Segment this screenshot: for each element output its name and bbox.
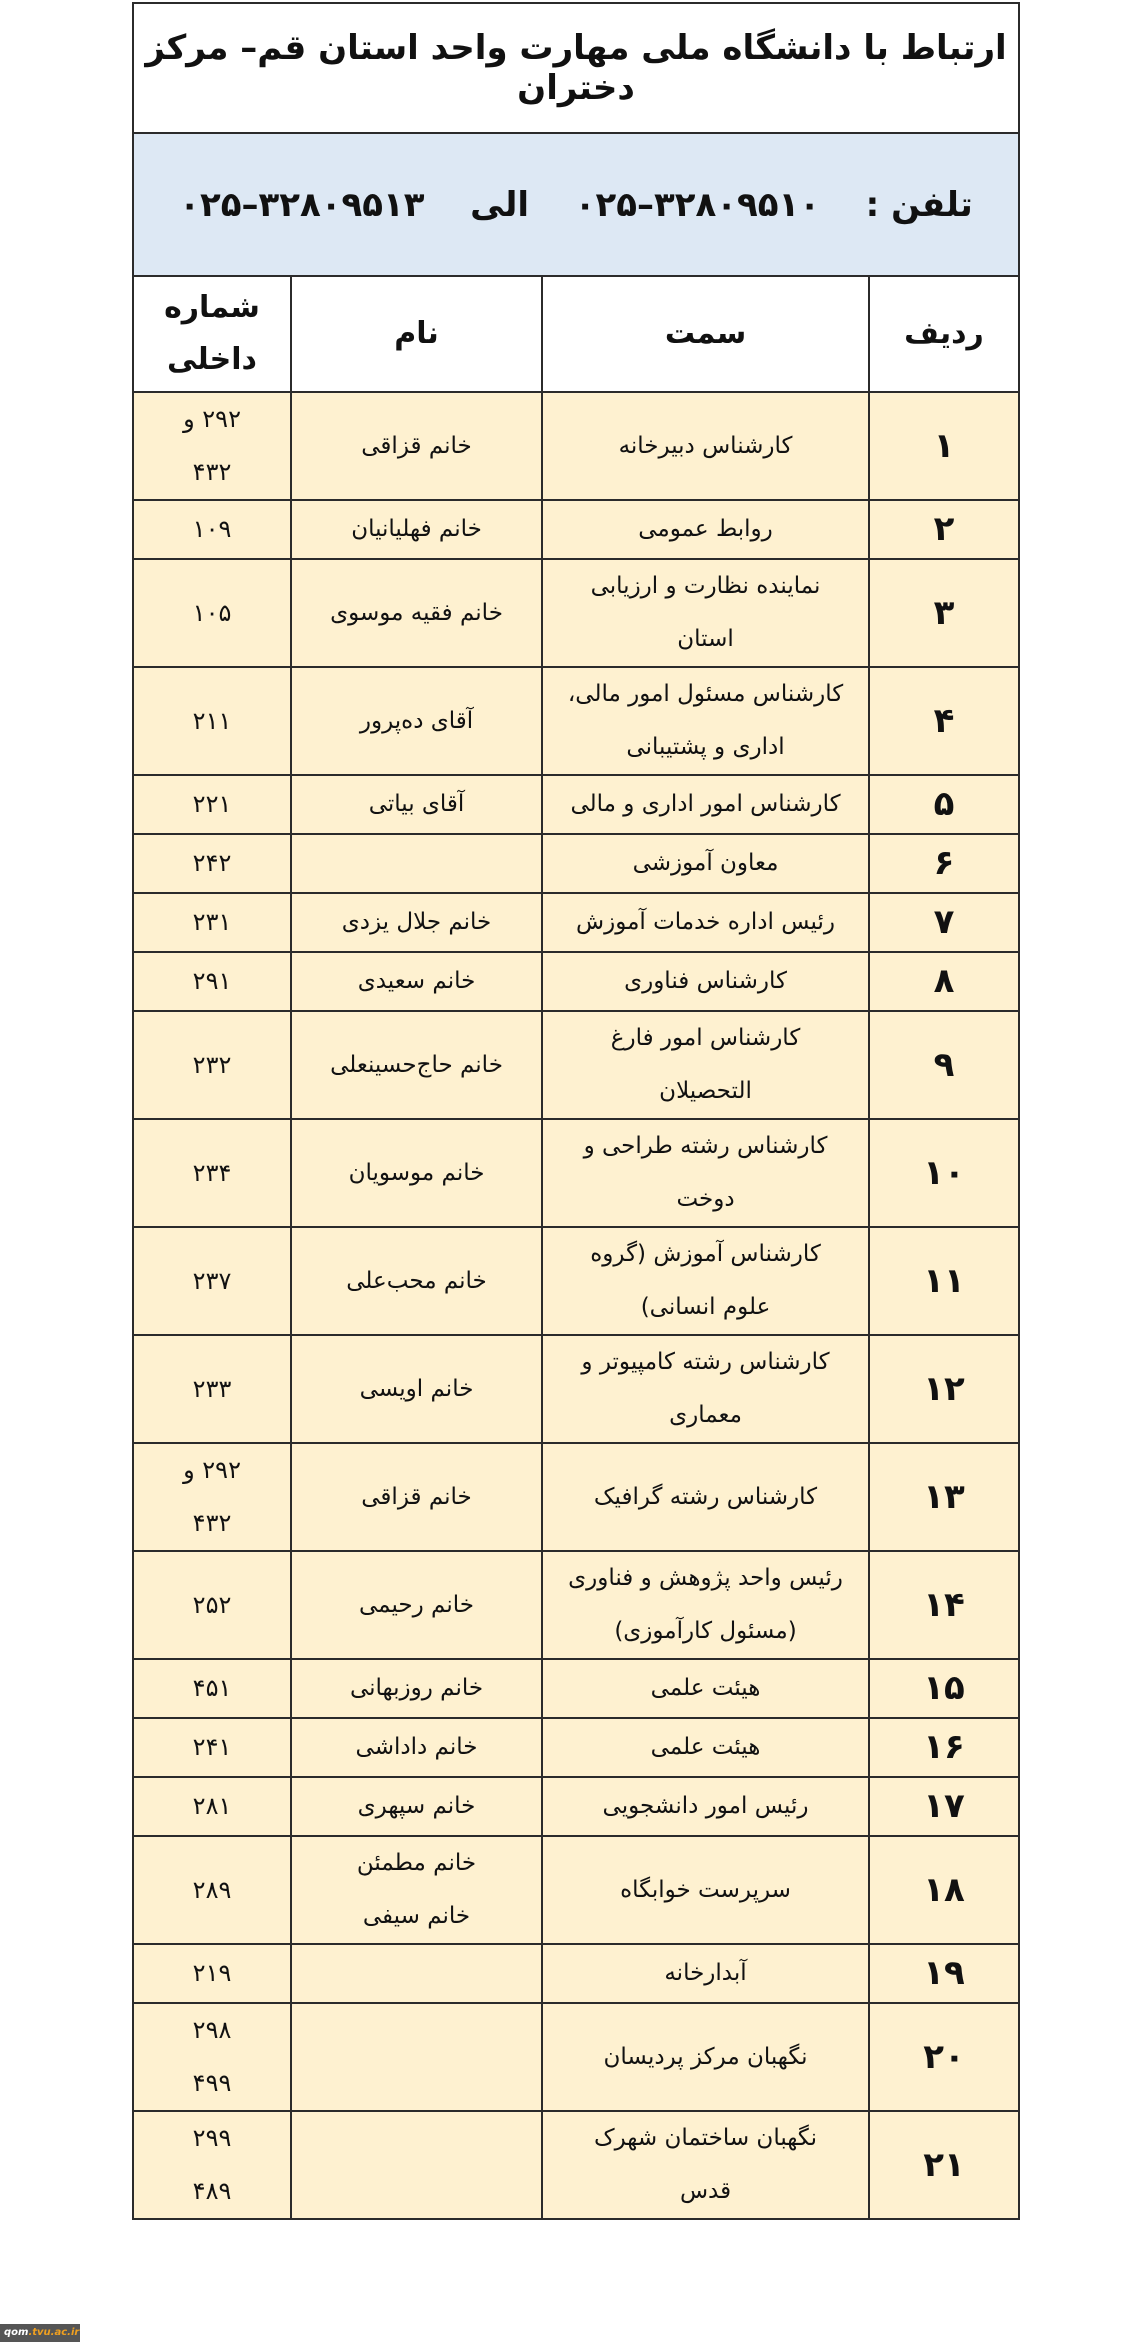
cell-name: خانم محب‌علی [291,1227,542,1335]
position-text: معاون آموزشی [543,837,868,890]
table-row: ۴کارشناس مسئول امور مالی،اداری و پشتیبان… [133,667,1019,775]
name-text: خانم رحیمی [292,1579,541,1632]
cell-position: نماینده نظارت و ارزیابیاستان [542,559,869,667]
cell-radif: ۲ [869,500,1019,559]
cell-position: کارشناس فناوری [542,952,869,1011]
position-text: کارشناس امور اداری و مالی [543,778,868,831]
cell-extension: ۱۰۵ [133,559,291,667]
extension-text: ۲۹۸ [134,2004,290,2057]
position-text: کارشناس فناوری [543,955,868,1008]
cell-name: خانم روزبهانی [291,1659,542,1718]
cell-extension: ۲۴۱ [133,1718,291,1777]
position-text: کارشناس امور فارغ [543,1012,868,1065]
site-watermark: qom.tvu.ac.ir [0,2324,80,2342]
cell-radif: ۹ [869,1011,1019,1119]
extension-text: ۲۳۱ [134,896,290,949]
table-row: ۱۸سرپرست خوابگاهخانم مطمئنخانم سیفی۲۸۹ [133,1836,1019,1944]
cell-extension: ۲۱۹ [133,1944,291,2003]
column-header-name: نام [291,276,542,392]
cell-name: خانم اویسی [291,1335,542,1443]
name-text: خانم داداشی [292,1721,541,1774]
cell-name [291,1944,542,2003]
position-text: هیئت علمی [543,1721,868,1774]
name-text: خانم مطمئن [292,1837,541,1890]
cell-position: رئیس اداره خدمات آموزش [542,893,869,952]
extension-text: ۲۴۱ [134,1721,290,1774]
table-row: ۲۱نگهبان ساختمان شهرکقدس۲۹۹۴۸۹ [133,2111,1019,2219]
cell-name: خانم داداشی [291,1718,542,1777]
cell-extension: ۲۴۲ [133,834,291,893]
extension-text: ۲۸۹ [134,1864,290,1917]
cell-extension: ۲۳۳ [133,1335,291,1443]
cell-radif: ۱۴ [869,1551,1019,1659]
cell-position: نگهبان مرکز پردیسان [542,2003,869,2111]
name-text: خانم سپهری [292,1780,541,1833]
position-text: کارشناس مسئول امور مالی، [543,668,868,721]
position-text: دوخت [543,1173,868,1226]
phone-connector: الی [470,185,529,225]
extension-text: ۴۸۹ [134,2165,290,2218]
name-text: خانم موسویان [292,1147,541,1200]
cell-name: خانم قزاقی [291,392,542,500]
position-text: (مسئول کارآموزی) [543,1605,868,1658]
table-row: ۱۳کارشناس رشته گرافیکخانم قزاقی۲۹۲ و۴۳۲ [133,1443,1019,1551]
watermark-text-qom: qom [4,2327,28,2338]
position-text: نماینده نظارت و ارزیابی [543,560,868,613]
extension-text: ۲۹۲ و [134,1444,290,1497]
phone-info: تلفن : ۰۲۵–۳۲۸۰۹۵۱۰ الی ۰۲۵–۳۲۸۰۹۵۱۳ [133,133,1019,276]
cell-extension: ۲۵۲ [133,1551,291,1659]
cell-name: خانم موسویان [291,1119,542,1227]
name-text: خانم حاج‌حسینعلی [292,1039,541,1092]
extension-text: ۲۹۹ [134,2112,290,2165]
cell-radif: ۱۶ [869,1718,1019,1777]
cell-radif: ۱۹ [869,1944,1019,2003]
cell-extension: ۱۰۹ [133,500,291,559]
cell-radif: ۲۰ [869,2003,1019,2111]
extension-text: ۲۱۹ [134,1947,290,2000]
extension-text: ۴۵۱ [134,1662,290,1715]
cell-extension: ۴۵۱ [133,1659,291,1718]
table-row: ۶معاون آموزشی۲۴۲ [133,834,1019,893]
extension-text: ۲۹۲ و [134,393,290,446]
position-text: معماری [543,1389,868,1442]
table-row: ۸کارشناس فناوریخانم سعیدی۲۹۱ [133,952,1019,1011]
cell-position: نگهبان ساختمان شهرکقدس [542,2111,869,2219]
cell-name: خانم جلال یزدی [291,893,542,952]
cell-name: آقای بیاتی [291,775,542,834]
position-text: رئیس اداره خدمات آموزش [543,896,868,949]
extension-text: ۲۳۷ [134,1255,290,1308]
table-row: ۲۰نگهبان مرکز پردیسان۲۹۸۴۹۹ [133,2003,1019,2111]
cell-position: آبدارخانه [542,1944,869,2003]
name-text: خانم قزاقی [292,420,541,473]
name-text: خانم اویسی [292,1363,541,1416]
cell-position: کارشناس رشته کامپیوتر ومعماری [542,1335,869,1443]
cell-position: روابط عمومی [542,500,869,559]
table-row: ۹کارشناس امور فارغالتحصیلانخانم حاج‌حسین… [133,1011,1019,1119]
cell-name: خانم حاج‌حسینعلی [291,1011,542,1119]
cell-radif: ۱۲ [869,1335,1019,1443]
name-text: خانم فقیه موسوی [292,587,541,640]
extension-text: ۲۴۲ [134,837,290,890]
position-text: رئیس واحد پژوهش و فناوری [543,1552,868,1605]
position-text: هیئت علمی [543,1662,868,1715]
cell-radif: ۱ [869,392,1019,500]
extension-text: ۱۰۹ [134,503,290,556]
extension-text: ۴۳۲ [134,446,290,499]
table-row: ۱۶هیئت علمیخانم داداشی۲۴۱ [133,1718,1019,1777]
cell-radif: ۱۰ [869,1119,1019,1227]
table-row: ۱۲کارشناس رشته کامپیوتر ومعماریخانم اویس… [133,1335,1019,1443]
cell-position: معاون آموزشی [542,834,869,893]
extension-text: ۴۹۹ [134,2057,290,2110]
cell-radif: ۱۳ [869,1443,1019,1551]
phone-to: ۰۲۵–۳۲۸۰۹۵۱۳ [179,185,424,225]
position-text: کارشناس دبیرخانه [543,420,868,473]
phone-label: تلفن : [866,185,973,225]
cell-name [291,2111,542,2219]
cell-position: کارشناس امور اداری و مالی [542,775,869,834]
position-text: کارشناس آموزش (گروه [543,1228,868,1281]
position-text: کارشناس رشته کامپیوتر و [543,1336,868,1389]
cell-position: کارشناس آموزش (گروهعلوم انسانی) [542,1227,869,1335]
extension-text: ۴۳۲ [134,1497,290,1550]
phone-row: تلفن : ۰۲۵–۳۲۸۰۹۵۱۰ الی ۰۲۵–۳۲۸۰۹۵۱۳ [133,133,1019,276]
cell-position: کارشناس مسئول امور مالی،اداری و پشتیبانی [542,667,869,775]
cell-name: خانم قزاقی [291,1443,542,1551]
position-text: کارشناس رشته طراحی و [543,1120,868,1173]
extension-text: ۲۵۲ [134,1579,290,1632]
name-text: خانم روزبهانی [292,1662,541,1715]
position-text: رئیس امور دانشجویی [543,1780,868,1833]
position-text: علوم انسانی) [543,1281,868,1334]
table-row: ۲روابط عمومیخانم فهلیانیان۱۰۹ [133,500,1019,559]
cell-radif: ۴ [869,667,1019,775]
table-row: ۷رئیس اداره خدمات آموزشخانم جلال یزدی۲۳۱ [133,893,1019,952]
cell-name: خانم رحیمی [291,1551,542,1659]
extension-text: ۲۹۱ [134,955,290,1008]
cell-extension: ۲۳۴ [133,1119,291,1227]
name-text: خانم قزاقی [292,1471,541,1524]
cell-position: سرپرست خوابگاه [542,1836,869,1944]
cell-extension: ۲۸۱ [133,1777,291,1836]
position-text: نگهبان مرکز پردیسان [543,2031,868,2084]
cell-extension: ۲۲۱ [133,775,291,834]
table-row: ۱۰کارشناس رشته طراحی ودوختخانم موسویان۲۳… [133,1119,1019,1227]
cell-position: کارشناس رشته گرافیک [542,1443,869,1551]
table-row: ۱۹آبدارخانه۲۱۹ [133,1944,1019,2003]
cell-radif: ۶ [869,834,1019,893]
table-row: ۱۷رئیس امور دانشجوییخانم سپهری۲۸۱ [133,1777,1019,1836]
position-text: روابط عمومی [543,503,868,556]
extension-text: ۲۱۱ [134,695,290,748]
table-row: ۱۱کارشناس آموزش (گروهعلوم انسانی)خانم مح… [133,1227,1019,1335]
cell-radif: ۱۸ [869,1836,1019,1944]
extension-text: ۲۸۱ [134,1780,290,1833]
cell-position: کارشناس رشته طراحی ودوخت [542,1119,869,1227]
table-row: ۱کارشناس دبیرخانهخانم قزاقی۲۹۲ و۴۳۲ [133,392,1019,500]
column-header-extension: شماره داخلی [133,276,291,392]
cell-radif: ۱۷ [869,1777,1019,1836]
cell-radif: ۸ [869,952,1019,1011]
cell-name: خانم فقیه موسوی [291,559,542,667]
cell-extension: ۲۸۹ [133,1836,291,1944]
table-row: ۵کارشناس امور اداری و مالیآقای بیاتی۲۲۱ [133,775,1019,834]
cell-extension: ۲۳۷ [133,1227,291,1335]
column-header-extension-line1: شماره [134,282,290,334]
position-text: قدس [543,2165,868,2218]
cell-position: کارشناس امور فارغالتحصیلان [542,1011,869,1119]
column-header-extension-line2: داخلی [134,334,290,386]
position-text: اداری و پشتیبانی [543,721,868,774]
table-row: ۱۴رئیس واحد پژوهش و فناوری(مسئول کارآموز… [133,1551,1019,1659]
extension-text: ۲۳۳ [134,1363,290,1416]
name-text: خانم محب‌علی [292,1255,541,1308]
cell-extension: ۲۳۱ [133,893,291,952]
cell-extension: ۲۹۲ و۴۳۲ [133,1443,291,1551]
cell-name: آقای ده‌پرور [291,667,542,775]
cell-name: خانم فهلیانیان [291,500,542,559]
position-text: التحصیلان [543,1065,868,1118]
cell-extension: ۲۳۲ [133,1011,291,1119]
column-header-position: سمت [542,276,869,392]
name-text: خانم فهلیانیان [292,503,541,556]
cell-position: هیئت علمی [542,1718,869,1777]
name-text: خانم سعیدی [292,955,541,1008]
cell-radif: ۵ [869,775,1019,834]
table-row: ۱۵هیئت علمیخانم روزبهانی۴۵۱ [133,1659,1019,1718]
cell-extension: ۲۱۱ [133,667,291,775]
name-text: آقای بیاتی [292,778,541,831]
cell-position: رئیس واحد پژوهش و فناوری(مسئول کارآموزی) [542,1551,869,1659]
cell-position: کارشناس دبیرخانه [542,392,869,500]
cell-name [291,834,542,893]
position-text: استان [543,613,868,666]
cell-radif: ۲۱ [869,2111,1019,2219]
extension-text: ۲۳۴ [134,1147,290,1200]
cell-name: خانم سپهری [291,1777,542,1836]
cell-extension: ۲۹۹۴۸۹ [133,2111,291,2219]
contact-sheet: ارتباط با دانشگاه ملی مهارت واحد استان ق… [132,2,1018,2220]
position-text: آبدارخانه [543,1947,868,2000]
cell-position: هیئت علمی [542,1659,869,1718]
table-row: ۳نماینده نظارت و ارزیابیاستانخانم فقیه م… [133,559,1019,667]
extension-text: ۲۳۲ [134,1039,290,1092]
position-text: سرپرست خوابگاه [543,1864,868,1917]
cell-radif: ۳ [869,559,1019,667]
name-text: آقای ده‌پرور [292,695,541,748]
column-header-radif: ردیف [869,276,1019,392]
cell-radif: ۷ [869,893,1019,952]
table-header-row: ردیف سمت نام شماره داخلی [133,276,1019,392]
name-text: خانم جلال یزدی [292,896,541,949]
position-text: کارشناس رشته گرافیک [543,1471,868,1524]
cell-name: خانم سعیدی [291,952,542,1011]
extension-text: ۱۰۵ [134,587,290,640]
cell-name: خانم مطمئنخانم سیفی [291,1836,542,1944]
contacts-table: ارتباط با دانشگاه ملی مهارت واحد استان ق… [132,2,1020,2220]
title-row: ارتباط با دانشگاه ملی مهارت واحد استان ق… [133,3,1019,133]
phone-from: ۰۲۵–۳۲۸۰۹۵۱۰ [575,185,820,225]
cell-extension: ۲۹۸۴۹۹ [133,2003,291,2111]
cell-radif: ۱۱ [869,1227,1019,1335]
cell-extension: ۲۹۱ [133,952,291,1011]
extension-text: ۲۲۱ [134,778,290,831]
watermark-text-domain: .tvu.ac.ir [28,2327,79,2338]
position-text: نگهبان ساختمان شهرک [543,2112,868,2165]
cell-extension: ۲۹۲ و۴۳۲ [133,392,291,500]
cell-position: رئیس امور دانشجویی [542,1777,869,1836]
cell-name [291,2003,542,2111]
name-text: خانم سیفی [292,1890,541,1943]
cell-radif: ۱۵ [869,1659,1019,1718]
page-title: ارتباط با دانشگاه ملی مهارت واحد استان ق… [133,3,1019,133]
